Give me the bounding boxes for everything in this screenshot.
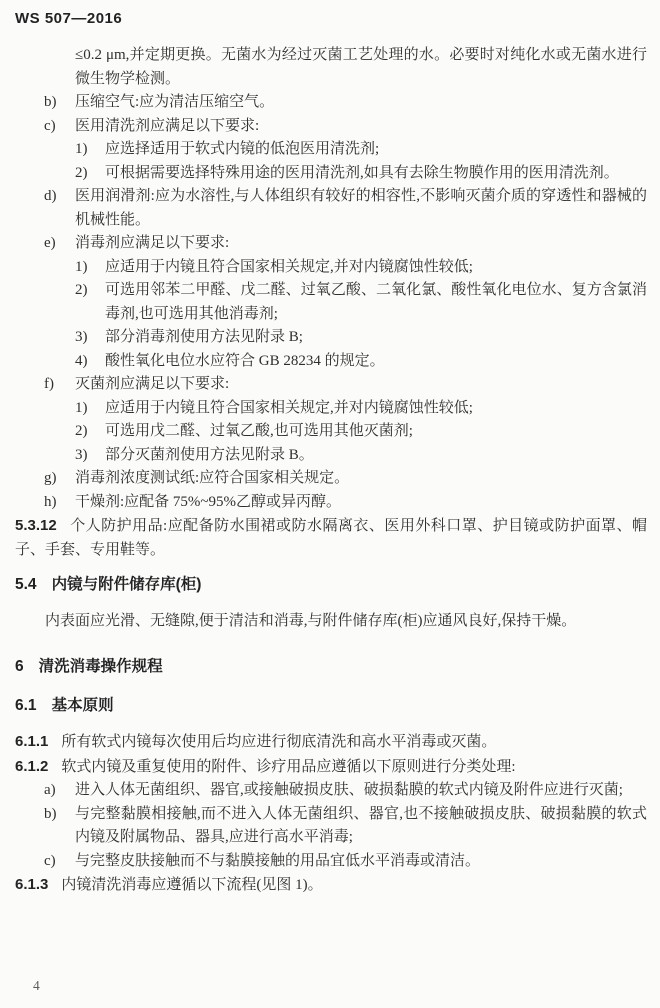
standard-number-header: WS 507—2016 xyxy=(15,10,122,27)
clause-paragraph: 6.1.1所有软式内镜每次使用后均应进行彻底清洗和高水平消毒或灭菌。 xyxy=(15,730,647,755)
item-label: c) xyxy=(44,850,56,874)
page-number: 4 xyxy=(33,978,40,994)
list-subitem: 2)可选用邻苯二甲醛、戊二醛、过氧乙酸、二氧化氯、酸性氧化电位水、复方含氯消毒剂… xyxy=(15,279,647,326)
list-item: c)与完整皮肤接触而不与黏膜接触的用品宜低水平消毒或清洁。 xyxy=(15,850,647,874)
list-item: e)消毒剂应满足以下要求: xyxy=(15,232,647,256)
list-item: c)医用清洗剂应满足以下要求: xyxy=(15,115,647,139)
list-subitem: 4)酸性氧化电位水应符合 GB 28234 的规定。 xyxy=(15,350,647,374)
item-text: 应适用于内镜且符合国家相关规定,并对内镜腐蚀性较低; xyxy=(105,400,473,416)
item-label: 3) xyxy=(75,326,88,350)
paragraph-continuation: ≤0.2 μm,并定期更换。无菌水为经过灭菌工艺处理的水。必要时对纯化水或无菌水… xyxy=(75,44,647,91)
body-paragraph: 内表面应光滑、无缝隙,便于清洁和消毒,与附件储存库(柜)应通风良好,保持干燥。 xyxy=(15,610,647,634)
item-text: 软式内镜及重复使用的附件、诊疗用品应遵循以下原则进行分类处理: xyxy=(61,759,515,775)
item-label: c) xyxy=(44,115,56,139)
item-label: 2) xyxy=(75,162,88,186)
document-body: ≤0.2 μm,并定期更换。无菌水为经过灭菌工艺处理的水。必要时对纯化水或无菌水… xyxy=(15,44,647,898)
item-text: 医用清洗剂应满足以下要求: xyxy=(75,118,259,134)
item-text: 应适用于内镜且符合国家相关规定,并对内镜腐蚀性较低; xyxy=(105,259,473,275)
item-text: 个人防护用品:应配备防水围裙或防水隔离衣、医用外科口罩、护目镜或防护面罩、帽子、… xyxy=(15,518,647,558)
chapter-heading: 6清洗消毒操作规程 xyxy=(15,655,647,679)
item-label: 3) xyxy=(75,444,88,468)
item-text: 消毒剂应满足以下要求: xyxy=(75,235,229,251)
item-label: 1) xyxy=(75,397,88,421)
item-text: 基本原则 xyxy=(52,697,114,714)
item-text: 内镜与附件储存库(柜) xyxy=(52,576,202,593)
item-text: 部分灭菌剂使用方法见附录 B。 xyxy=(105,447,314,463)
item-label: f) xyxy=(44,373,54,397)
item-label: b) xyxy=(44,803,57,827)
item-text: 部分消毒剂使用方法见附录 B; xyxy=(105,329,303,345)
item-label: 6.1.2 xyxy=(15,758,48,775)
list-subitem: 1)应适用于内镜且符合国家相关规定,并对内镜腐蚀性较低; xyxy=(15,256,647,280)
item-text: 与完整黏膜相接触,而不进入人体无菌组织、器官,也不接触破损皮肤、破损黏膜的软式内… xyxy=(75,806,647,846)
list-subitem: 3)部分灭菌剂使用方法见附录 B。 xyxy=(15,444,647,468)
item-label: g) xyxy=(44,467,57,491)
item-text: 酸性氧化电位水应符合 GB 28234 的规定。 xyxy=(105,353,385,369)
section-heading: 5.4内镜与附件储存库(柜) xyxy=(15,573,647,597)
item-label: h) xyxy=(44,491,57,515)
list-item: d)医用润滑剂:应为水溶性,与人体组织有较好的相容性,不影响灭菌介质的穿透性和器… xyxy=(15,185,647,232)
item-text: 可选用戊二醛、过氧乙酸,也可选用其他灭菌剂; xyxy=(105,423,413,439)
item-text: 进入人体无菌组织、器官,或接触破损皮肤、破损黏膜的软式内镜及附件应进行灭菌; xyxy=(75,782,623,798)
item-label: b) xyxy=(44,91,57,115)
item-text: 与完整皮肤接触而不与黏膜接触的用品宜低水平消毒或清洁。 xyxy=(75,853,480,869)
clause-paragraph: 5.3.12个人防护用品:应配备防水围裙或防水隔离衣、医用外科口罩、护目镜或防护… xyxy=(15,514,647,562)
list-subitem: 3)部分消毒剂使用方法见附录 B; xyxy=(15,326,647,350)
item-text: 应选择适用于软式内镜的低泡医用清洗剂; xyxy=(105,141,379,157)
clause-paragraph: 6.1.2软式内镜及重复使用的附件、诊疗用品应遵循以下原则进行分类处理: xyxy=(15,755,647,780)
item-text: 干燥剂:应配备 75%~95%乙醇或异丙醇。 xyxy=(75,494,341,510)
item-text: 消毒剂浓度测试纸:应符合国家相关规定。 xyxy=(75,470,349,486)
item-text: 内表面应光滑、无缝隙,便于清洁和消毒,与附件储存库(柜)应通风良好,保持干燥。 xyxy=(45,613,576,629)
item-text: 灭菌剂应满足以下要求: xyxy=(75,376,229,392)
list-subitem: 1)应选择适用于软式内镜的低泡医用清洗剂; xyxy=(15,138,647,162)
list-subitem: 2)可选用戊二醛、过氧乙酸,也可选用其他灭菌剂; xyxy=(15,420,647,444)
item-text: 可选用邻苯二甲醛、戊二醛、过氧乙酸、二氧化氯、酸性氧化电位水、复方含氯消毒剂,也… xyxy=(105,282,647,322)
list-item: f)灭菌剂应满足以下要求: xyxy=(15,373,647,397)
list-item: h)干燥剂:应配备 75%~95%乙醇或异丙醇。 xyxy=(15,491,647,515)
item-text: 所有软式内镜每次使用后均应进行彻底清洗和高水平消毒或灭菌。 xyxy=(61,734,496,750)
item-text: 内镜清洗消毒应遵循以下流程(见图 1)。 xyxy=(61,877,322,893)
list-item: a)进入人体无菌组织、器官,或接触破损皮肤、破损黏膜的软式内镜及附件应进行灭菌; xyxy=(15,779,647,803)
item-label: 6.1 xyxy=(15,697,37,714)
item-label: 5.3.12 xyxy=(15,517,57,534)
list-subitem: 1)应适用于内镜且符合国家相关规定,并对内镜腐蚀性较低; xyxy=(15,397,647,421)
item-label: 5.4 xyxy=(15,576,37,593)
item-label: 2) xyxy=(75,279,88,303)
item-text: 可根据需要选择特殊用途的医用清洗剂,如具有去除生物膜作用的医用清洗剂。 xyxy=(105,165,619,181)
item-label: 1) xyxy=(75,256,88,280)
list-item: b)压缩空气:应为清洁压缩空气。 xyxy=(15,91,647,115)
item-label: 4) xyxy=(75,350,88,374)
section-heading: 6.1基本原则 xyxy=(15,694,647,718)
item-text: ≤0.2 μm,并定期更换。无菌水为经过灭菌工艺处理的水。必要时对纯化水或无菌水… xyxy=(75,47,647,87)
item-text: 医用润滑剂:应为水溶性,与人体组织有较好的相容性,不影响灭菌介质的穿透性和器械的… xyxy=(75,188,647,228)
item-text: 清洗消毒操作规程 xyxy=(39,658,163,675)
item-label: 6 xyxy=(15,658,24,675)
item-label: 6.1.3 xyxy=(15,876,48,893)
item-label: a) xyxy=(44,779,56,803)
list-subitem: 2)可根据需要选择特殊用途的医用清洗剂,如具有去除生物膜作用的医用清洗剂。 xyxy=(15,162,647,186)
list-item: g)消毒剂浓度测试纸:应符合国家相关规定。 xyxy=(15,467,647,491)
item-label: 1) xyxy=(75,138,88,162)
item-text: 压缩空气:应为清洁压缩空气。 xyxy=(75,94,274,110)
item-label: 6.1.1 xyxy=(15,733,48,750)
item-label: e) xyxy=(44,232,56,256)
clause-paragraph: 6.1.3内镜清洗消毒应遵循以下流程(见图 1)。 xyxy=(15,873,647,898)
document-page: WS 507—2016 ≤0.2 μm,并定期更换。无菌水为经过灭菌工艺处理的水… xyxy=(0,0,660,1008)
list-item: b)与完整黏膜相接触,而不进入人体无菌组织、器官,也不接触破损皮肤、破损黏膜的软… xyxy=(15,803,647,850)
item-label: d) xyxy=(44,185,57,209)
item-label: 2) xyxy=(75,420,88,444)
